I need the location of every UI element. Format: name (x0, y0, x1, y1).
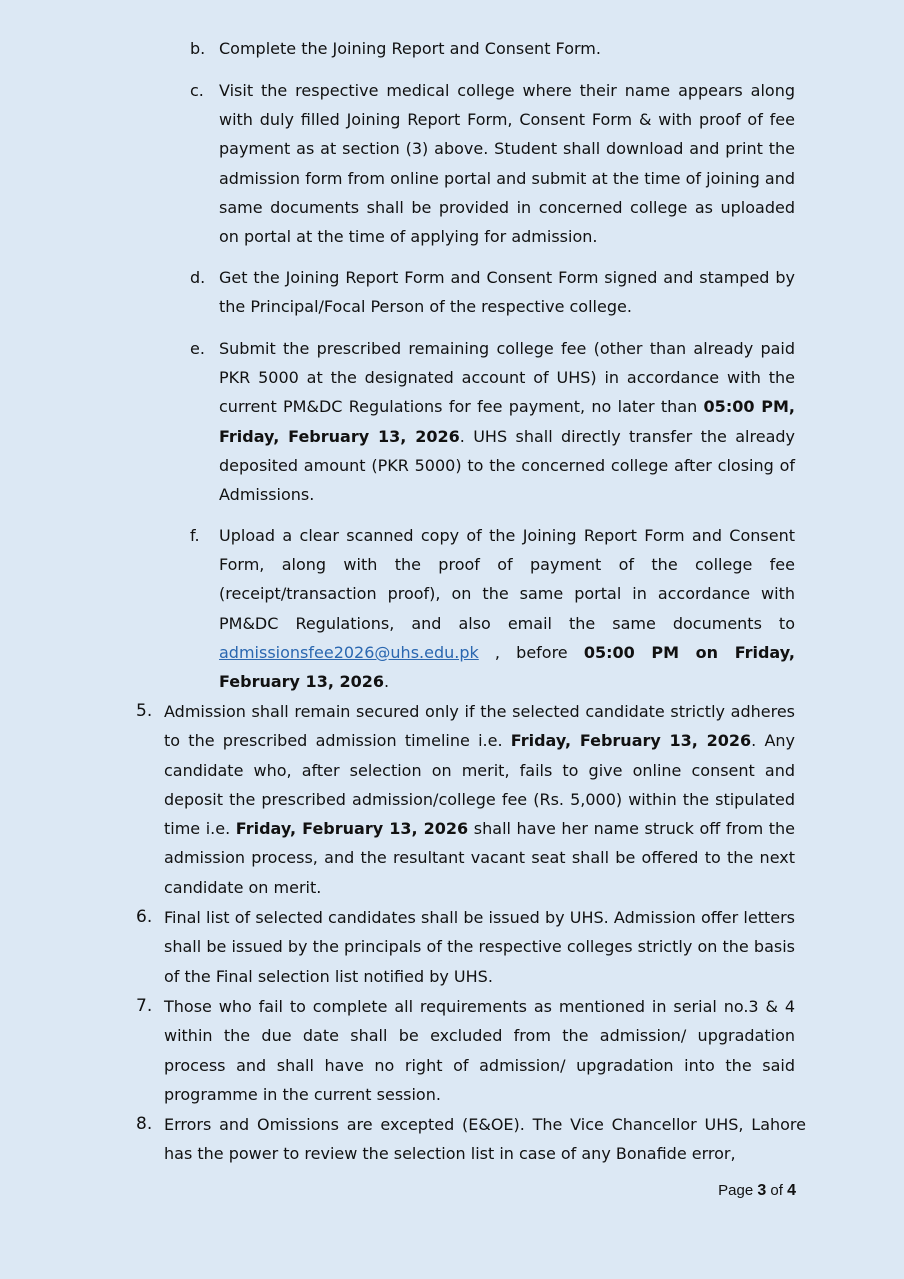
list-item-text: Get the Joining Report Form and Consent … (219, 263, 795, 321)
list-marker: b. (190, 34, 205, 63)
list-marker: e. (190, 334, 205, 363)
of-label: of (766, 1182, 787, 1199)
numbered-item-7: 7. Those who fail to complete all requir… (136, 992, 795, 1109)
list-item-text: Those who fail to complete all requireme… (164, 992, 795, 1109)
list-item-text: Admission shall remain secured only if t… (164, 697, 795, 902)
list-marker: c. (190, 76, 204, 105)
list-item-e: e. Submit the prescribed remaining colle… (190, 334, 795, 509)
current-page-number: 3 (757, 1182, 766, 1199)
list-item-text: Submit the prescribed remaining college … (219, 334, 795, 509)
list-number: 7. (136, 992, 152, 1021)
list-number: 8. (136, 1110, 152, 1139)
list-marker: d. (190, 263, 205, 292)
deadline-text: Friday, February 13, 2026 (236, 819, 468, 838)
deadline-text: Friday, February 13, 2026 (511, 731, 751, 750)
list-item-d: d. Get the Joining Report Form and Conse… (190, 263, 795, 321)
numbered-item-8: 8. Errors and Omissions are excepted (E&… (136, 1110, 806, 1169)
list-item-f: f. Upload a clear scanned copy of the Jo… (190, 521, 795, 696)
total-pages-number: 4 (787, 1182, 796, 1199)
list-item-text: Complete the Joining Report and Consent … (219, 34, 795, 63)
email-link[interactable]: admissionsfee2026@uhs.edu.pk (219, 643, 479, 662)
numbered-item-5: 5. Admission shall remain secured only i… (136, 697, 795, 902)
list-marker: f. (190, 521, 200, 550)
list-item-text: Upload a clear scanned copy of the Joini… (219, 521, 795, 696)
list-number: 5. (136, 697, 152, 726)
list-item-text: Visit the respective medical college whe… (219, 76, 795, 251)
numbered-item-6: 6. Final list of selected candidates sha… (136, 903, 795, 991)
list-item-c: c. Visit the respective medical college … (190, 76, 795, 251)
list-item-b: b. Complete the Joining Report and Conse… (190, 34, 795, 63)
text-run: Upload a clear scanned copy of the Joini… (219, 526, 795, 633)
list-number: 6. (136, 903, 152, 932)
text-run: , before (479, 643, 584, 662)
text-run: . (384, 672, 389, 691)
list-item-text: Errors and Omissions are excepted (E&OE)… (164, 1110, 806, 1169)
document-page: b. Complete the Joining Report and Conse… (0, 0, 904, 1279)
list-item-text: Final list of selected candidates shall … (164, 903, 795, 991)
page-number-footer: Page 3 of 4 (718, 1182, 796, 1200)
page-label: Page (718, 1182, 757, 1199)
